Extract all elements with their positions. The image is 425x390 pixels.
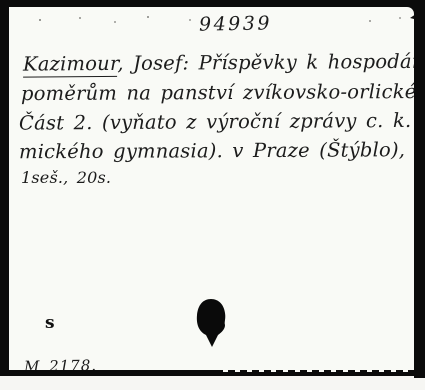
catalog-number: 94939 [199,12,272,35]
entry-line-1: Kazimour, Josef: Příspěvky k hospodářský… [23,49,425,75]
paper-specks [39,19,41,21]
scanned-catalog-card: 94939 Kazimour, Josef: Příspěvky k hospo… [0,0,425,390]
entry-line-5: 1seš., 20s. [21,168,111,187]
entry-line-2: poměrům na panství zvíkovsko-orlickém. [21,80,425,105]
scan-border-left [0,0,9,374]
card-bottom-edge [0,370,418,374]
ink-blot-icon [192,298,230,348]
catalog-card: 94939 Kazimour, Josef: Příspěvky k hospo… [9,7,414,372]
scan-border-top [0,0,425,7]
scan-border-right [414,0,425,378]
entry-line-3: Část 2. (vyňato z výroční zprávy c. k. a… [19,108,425,134]
author-name: Kazimour [23,52,117,78]
scan-background-strip [0,376,425,390]
entry-line-4: mického gymnasia). v Praze (Štýblo), 190… [19,138,425,164]
size-letter: s [45,313,55,333]
entry-line-1-rest: , Josef: Příspěvky k hospodářským [117,49,425,74]
